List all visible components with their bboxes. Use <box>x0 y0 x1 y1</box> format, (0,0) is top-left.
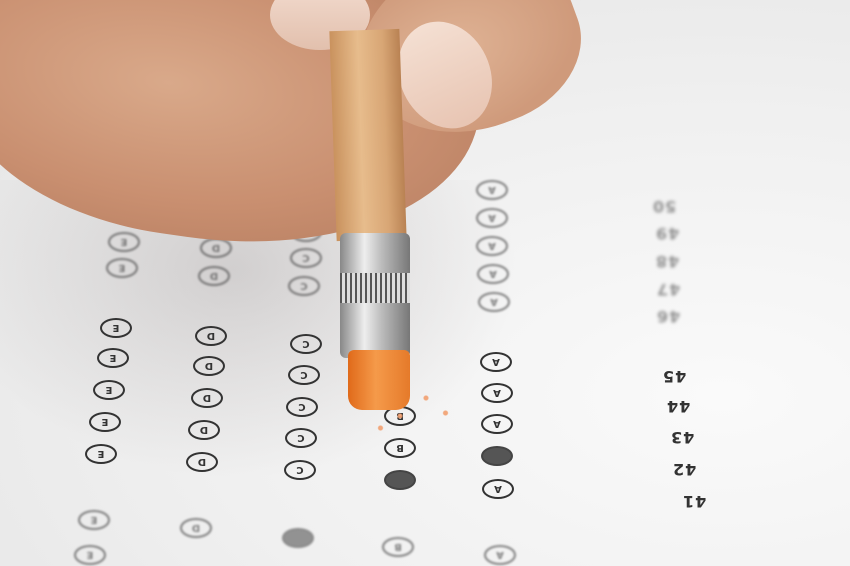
answer-bubble: E <box>89 412 121 432</box>
answer-bubble: A <box>478 292 510 312</box>
answer-bubble: A <box>480 352 512 372</box>
answer-bubble: D <box>188 420 220 440</box>
answer-bubble: C <box>290 248 322 268</box>
answer-bubble: D <box>186 452 218 472</box>
pencil-eraser <box>348 350 410 410</box>
pencil <box>329 29 406 241</box>
answer-bubble: A <box>482 479 514 499</box>
photo-scene: EEEEEEEEEDDDDDDDDCCCCCCCCCBBBBAAAAAAAAAA… <box>0 0 850 566</box>
question-number: 48 <box>655 252 679 271</box>
question-number: 41 <box>682 492 706 511</box>
question-number: 46 <box>656 307 680 326</box>
answer-bubble: A <box>476 180 508 200</box>
answer-bubble: E <box>106 258 138 278</box>
answer-bubble: D <box>200 238 232 258</box>
answer-bubble: E <box>74 545 106 565</box>
answer-bubble: A <box>481 414 513 434</box>
question-number: 44 <box>666 397 690 416</box>
answer-bubble: A <box>484 545 516 565</box>
answer-bubble: E <box>97 348 129 368</box>
answer-bubble: B <box>384 438 416 458</box>
answer-bubble: D <box>191 388 223 408</box>
answer-bubble: A <box>476 236 508 256</box>
answer-bubble: B <box>382 537 414 557</box>
question-number: 45 <box>662 367 686 386</box>
answer-bubble: C <box>288 365 320 385</box>
pencil-ferrule <box>340 233 410 358</box>
answer-bubble: E <box>93 380 125 400</box>
answer-bubble: D <box>195 326 227 346</box>
answer-bubble: D <box>180 518 212 538</box>
answer-bubble: A <box>481 446 513 466</box>
question-number: 49 <box>655 224 679 243</box>
answer-bubble: A <box>476 208 508 228</box>
answer-bubble: E <box>108 232 140 252</box>
answer-bubble: C <box>285 428 317 448</box>
question-number: 50 <box>652 197 676 216</box>
question-number: 47 <box>656 280 680 299</box>
answer-bubble: D <box>193 356 225 376</box>
ferrule-ridges <box>340 273 410 303</box>
answer-bubble: E <box>100 318 132 338</box>
answer-bubble: E <box>85 444 117 464</box>
answer-bubble: A <box>481 383 513 403</box>
answer-bubble: C <box>290 334 322 354</box>
answer-bubble: D <box>198 266 230 286</box>
question-number: 43 <box>670 428 694 447</box>
answer-bubble: E <box>78 510 110 530</box>
answer-bubble: C <box>286 397 318 417</box>
answer-bubble: C <box>284 460 316 480</box>
answer-bubble: B <box>384 470 416 490</box>
answer-bubble: C <box>288 276 320 296</box>
answer-bubble: C <box>282 528 314 548</box>
question-number: 42 <box>672 460 696 479</box>
answer-bubble: A <box>477 264 509 284</box>
